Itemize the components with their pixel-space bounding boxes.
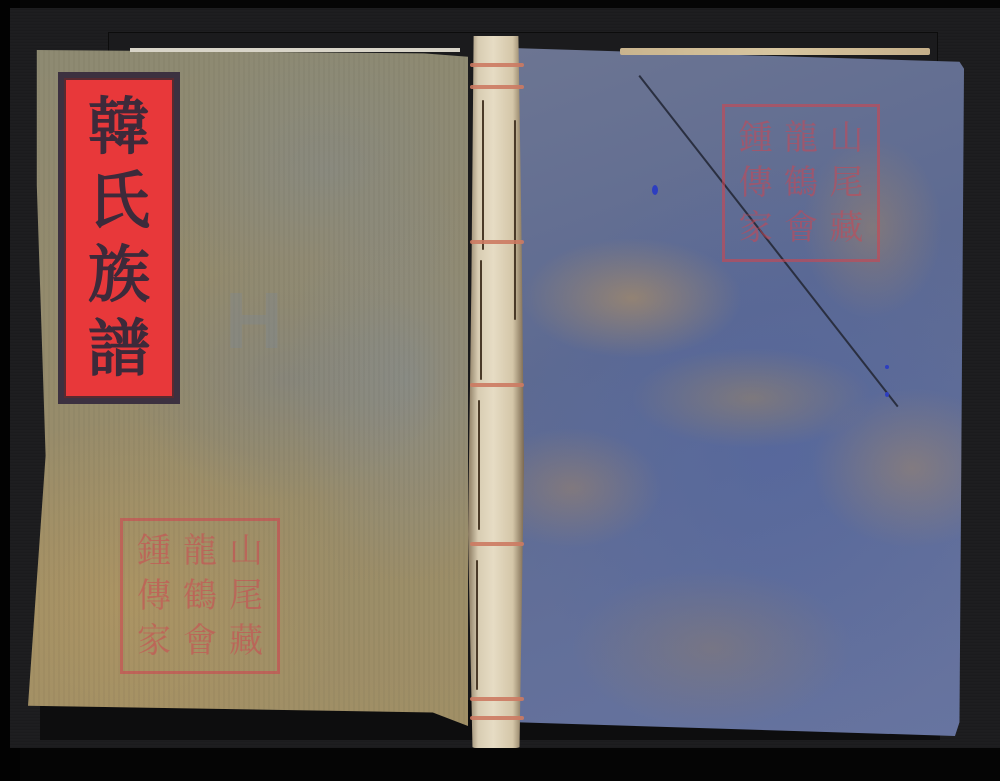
seal-char: 鍾 xyxy=(131,529,177,574)
seal-char: 山 xyxy=(824,115,869,160)
seal-char: 藏 xyxy=(824,206,869,251)
ink-spot xyxy=(885,392,889,397)
seal-char: 會 xyxy=(177,618,223,663)
seal-char: 尾 xyxy=(223,574,269,619)
title-char-4: 譜 xyxy=(88,318,150,380)
seal-char: 龍 xyxy=(778,115,823,160)
seal-char: 鶴 xyxy=(177,574,223,619)
seal-char: 藏 xyxy=(223,618,269,663)
title-char-3: 族 xyxy=(88,244,150,306)
seal-char: 家 xyxy=(131,618,177,663)
seal-stamp-right: 鍾 龍 山 傳 鶴 尾 家 會 藏 xyxy=(722,104,880,262)
seal-char: 鶴 xyxy=(778,160,823,205)
page-gap xyxy=(476,560,478,690)
title-char-2: 氏 xyxy=(88,170,150,232)
frayed-paper-edge xyxy=(620,48,930,55)
page-gap xyxy=(482,100,484,250)
seal-char: 山 xyxy=(223,529,269,574)
binding-thread xyxy=(470,383,524,387)
ink-spot xyxy=(885,365,889,369)
seal-char: 會 xyxy=(778,206,823,251)
title-slip-label: 韓 氏 族 譜 xyxy=(64,78,174,398)
faded-watermark: H xyxy=(225,275,283,367)
seal-char: 龍 xyxy=(177,529,223,574)
binding-thread xyxy=(470,542,524,546)
seal-char: 傳 xyxy=(131,574,177,619)
page-gap xyxy=(514,120,516,320)
title-slip: 韓 氏 族 譜 xyxy=(58,72,180,404)
title-char-1: 韓 xyxy=(88,96,150,158)
binding-thread xyxy=(470,697,524,701)
page-gap xyxy=(478,400,480,530)
seal-char: 鍾 xyxy=(733,115,778,160)
seal-stamp-left: 鍾 龍 山 傳 鶴 尾 家 會 藏 xyxy=(120,518,280,674)
seal-char: 家 xyxy=(733,206,778,251)
seal-char: 尾 xyxy=(824,160,869,205)
binding-thread xyxy=(470,85,524,89)
binding-thread xyxy=(470,716,524,720)
inner-paper-edge xyxy=(130,48,460,52)
binding-thread xyxy=(470,240,524,244)
ink-spot xyxy=(652,185,658,195)
binding-thread xyxy=(470,63,524,67)
page-gap xyxy=(480,260,482,380)
seal-char: 傳 xyxy=(733,160,778,205)
